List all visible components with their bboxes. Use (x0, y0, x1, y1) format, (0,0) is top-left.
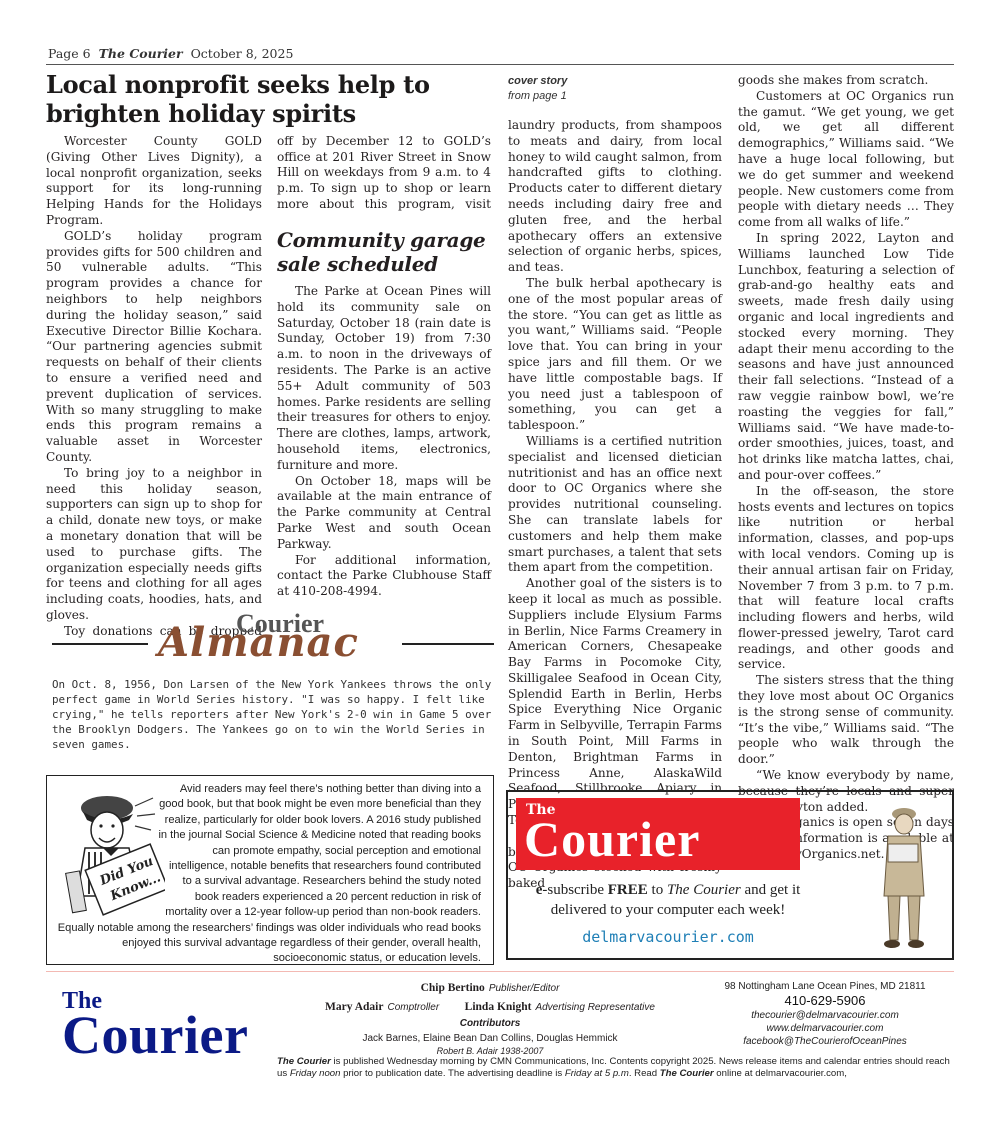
article-paragraph: GOLD’s holiday program provides gifts fo… (46, 229, 262, 466)
article-paragraph: The sisters stress that the thing they l… (738, 673, 954, 768)
ad-rep-name: Linda Knight (465, 1001, 532, 1013)
subscribe-tagline: e-subscribe FREE to The Courier and get … (518, 880, 818, 920)
page-folio: Page 6 The Courier October 8, 2025 (48, 46, 293, 61)
website-link[interactable]: www.delmarvacourier.com (700, 1022, 950, 1035)
publication-notice: The Courier is published Wednesday morni… (277, 1056, 953, 1080)
issue-date: October 8, 2025 (191, 46, 294, 61)
article-paragraph: The bulk herbal apothecary is one of the… (508, 276, 722, 434)
did-you-know-text: Avid readers may feel there’s nothing be… (55, 782, 481, 967)
comptroller-role: Comptroller (387, 1002, 439, 1013)
gold-article-col2: Toy donations can be dropped off by Dece… (277, 134, 491, 600)
contributors-list: Jack Barnes, Elaine Bean Dan Collins, Do… (290, 1032, 690, 1045)
almanac-text: On Oct. 8, 1956, Don Larsen of the New Y… (52, 677, 496, 752)
courier-almanac: Courier Almanac On Oct. 8, 1956, Don Lar… (46, 605, 496, 765)
staff-box: Chip BertinoPublisher/Editor Mary AdairC… (290, 980, 690, 1057)
courier-red-logo: The Courier (516, 798, 800, 870)
article-paragraph: goods she makes from scratch. (738, 73, 954, 89)
email-link[interactable]: thecourier@delmarvacourier.com (700, 1009, 950, 1022)
publisher-role: Publisher/Editor (489, 983, 560, 994)
almanac-rule-right (402, 643, 494, 645)
cover-story-col2: goods she makes from scratch. Customers … (738, 73, 954, 863)
article-paragraph: Worcester County GOLD (Giving Other Live… (46, 134, 262, 229)
jump-line: from page 1 (508, 89, 567, 104)
page-number: Page 6 (48, 46, 91, 61)
article-paragraph: In the off-season, the store hosts event… (738, 484, 954, 674)
publication-name: The Courier (99, 46, 183, 61)
contact-box: 98 Nottingham Lane Ocean Pines, MD 21811… (700, 980, 950, 1048)
ad-rep-role: Advertising Representative (535, 1002, 655, 1013)
facebook-link[interactable]: facebook@TheCourierofOceanPines (700, 1035, 950, 1048)
folio-divider (46, 64, 954, 65)
gold-headline: Local nonprofit seeks help to brighten h… (46, 70, 486, 128)
gold-article-col1: Worcester County GOLD (Giving Other Live… (46, 134, 262, 640)
subscribe-url-link[interactable]: delmarvacourier.com (518, 928, 818, 946)
article-paragraph: To bring joy to a neighbor in need this … (46, 466, 262, 624)
address: 98 Nottingham Lane Ocean Pines, MD 21811 (700, 980, 950, 993)
article-paragraph: Customers at OC Organics run the gamut. … (738, 89, 954, 231)
article-paragraph: The Parke at Ocean Pines will hold its c… (277, 284, 491, 474)
phone-number: 410-629-5906 (700, 993, 950, 1009)
did-you-know-box: Did You Know... Avid readers may feel th… (46, 775, 494, 965)
comptroller-name: Mary Adair (325, 1001, 383, 1013)
article-paragraph: Williams is a certified nutrition specia… (508, 434, 722, 576)
almanac-rule-left (52, 643, 148, 645)
article-paragraph: For additional information, contact the … (277, 553, 491, 600)
section-label: cover story (508, 74, 567, 89)
publisher-name: Chip Bertino (421, 982, 485, 994)
article-paragraph: On October 18, maps will be available at… (277, 474, 491, 553)
article-paragraph: laundry products, from shampoos to meats… (508, 118, 722, 276)
garage-sale-headline: Community garage sale scheduled (277, 228, 491, 276)
subscribe-advertisement[interactable]: The Courier e-subscribe FREE to The Cour… (506, 790, 954, 960)
masthead-divider (46, 971, 954, 972)
cover-story-col1: laundry products, from shampoos to meats… (508, 118, 722, 892)
contributors-label: Contributors (290, 1016, 690, 1032)
newsboy-figure-icon (874, 804, 934, 954)
cover-story-kicker: cover story from page 1 (508, 74, 567, 104)
almanac-title-script: Almanac (158, 619, 359, 666)
article-paragraph: In spring 2022, Layton and Williams laun… (738, 231, 954, 484)
gold-article-continuation: Toy donations can be dropped off by Dece… (277, 134, 491, 214)
